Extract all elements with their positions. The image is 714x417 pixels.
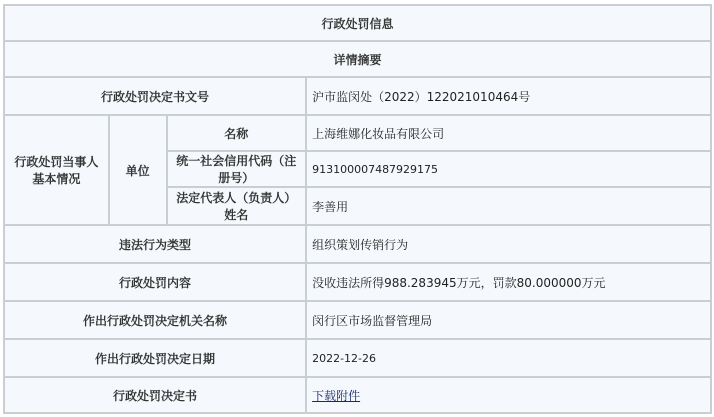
- table-row: 作出行政处罚决定日期 2022-12-26: [5, 340, 712, 378]
- legal-rep-value: 李善用: [307, 188, 712, 226]
- penalty-content-label: 行政处罚内容: [5, 264, 307, 302]
- decision-doc-label: 行政处罚决定书: [5, 378, 307, 414]
- party-name-label: 名称: [168, 116, 308, 152]
- download-attachment-link[interactable]: 下载附件: [312, 389, 360, 403]
- penalty-content-value: 没收违法所得988.283945万元，罚款80.000000万元: [307, 264, 712, 302]
- party-name-value: 上海维娜化妆品有限公司: [307, 116, 712, 152]
- table-title: 行政处罚信息: [5, 6, 712, 42]
- party-type-label: 单位: [110, 116, 168, 226]
- violation-type-value: 组织策划传销行为: [307, 226, 712, 264]
- credit-code-value: 913100007487929175: [307, 152, 712, 188]
- table-subtitle: 详情摘要: [5, 42, 712, 78]
- authority-value: 闵行区市场监督管理局: [307, 302, 712, 340]
- authority-label: 作出行政处罚决定机关名称: [5, 302, 307, 340]
- credit-code-label: 统一社会信用代码（注册号）: [168, 152, 308, 188]
- table-row: 行政处罚决定书文号 沪市监闵处（2022）122021010464号: [5, 78, 712, 116]
- decision-date-value: 2022-12-26: [307, 340, 712, 378]
- table-row: 作出行政处罚决定机关名称 闵行区市场监督管理局: [5, 302, 712, 340]
- decision-no-value: 沪市监闵处（2022）122021010464号: [307, 78, 712, 116]
- table-row: 行政处罚内容 没收违法所得988.283945万元，罚款80.000000万元: [5, 264, 712, 302]
- table-row: 违法行为类型 组织策划传销行为: [5, 226, 712, 264]
- party-group-label: 行政处罚当事人基本情况: [5, 116, 110, 226]
- violation-type-label: 违法行为类型: [5, 226, 307, 264]
- decision-doc-cell: 下载附件: [307, 378, 712, 414]
- table-row: 行政处罚决定书 下载附件: [5, 378, 712, 414]
- decision-no-label: 行政处罚决定书文号: [5, 78, 307, 116]
- decision-date-label: 作出行政处罚决定日期: [5, 340, 307, 378]
- legal-rep-label: 法定代表人（负责人）姓名: [168, 188, 308, 226]
- penalty-info-table: 行政处罚信息 详情摘要 行政处罚决定书文号 沪市监闵处（2022）1220210…: [3, 4, 712, 414]
- table-row: 行政处罚当事人基本情况 单位 名称 上海维娜化妆品有限公司: [5, 116, 712, 152]
